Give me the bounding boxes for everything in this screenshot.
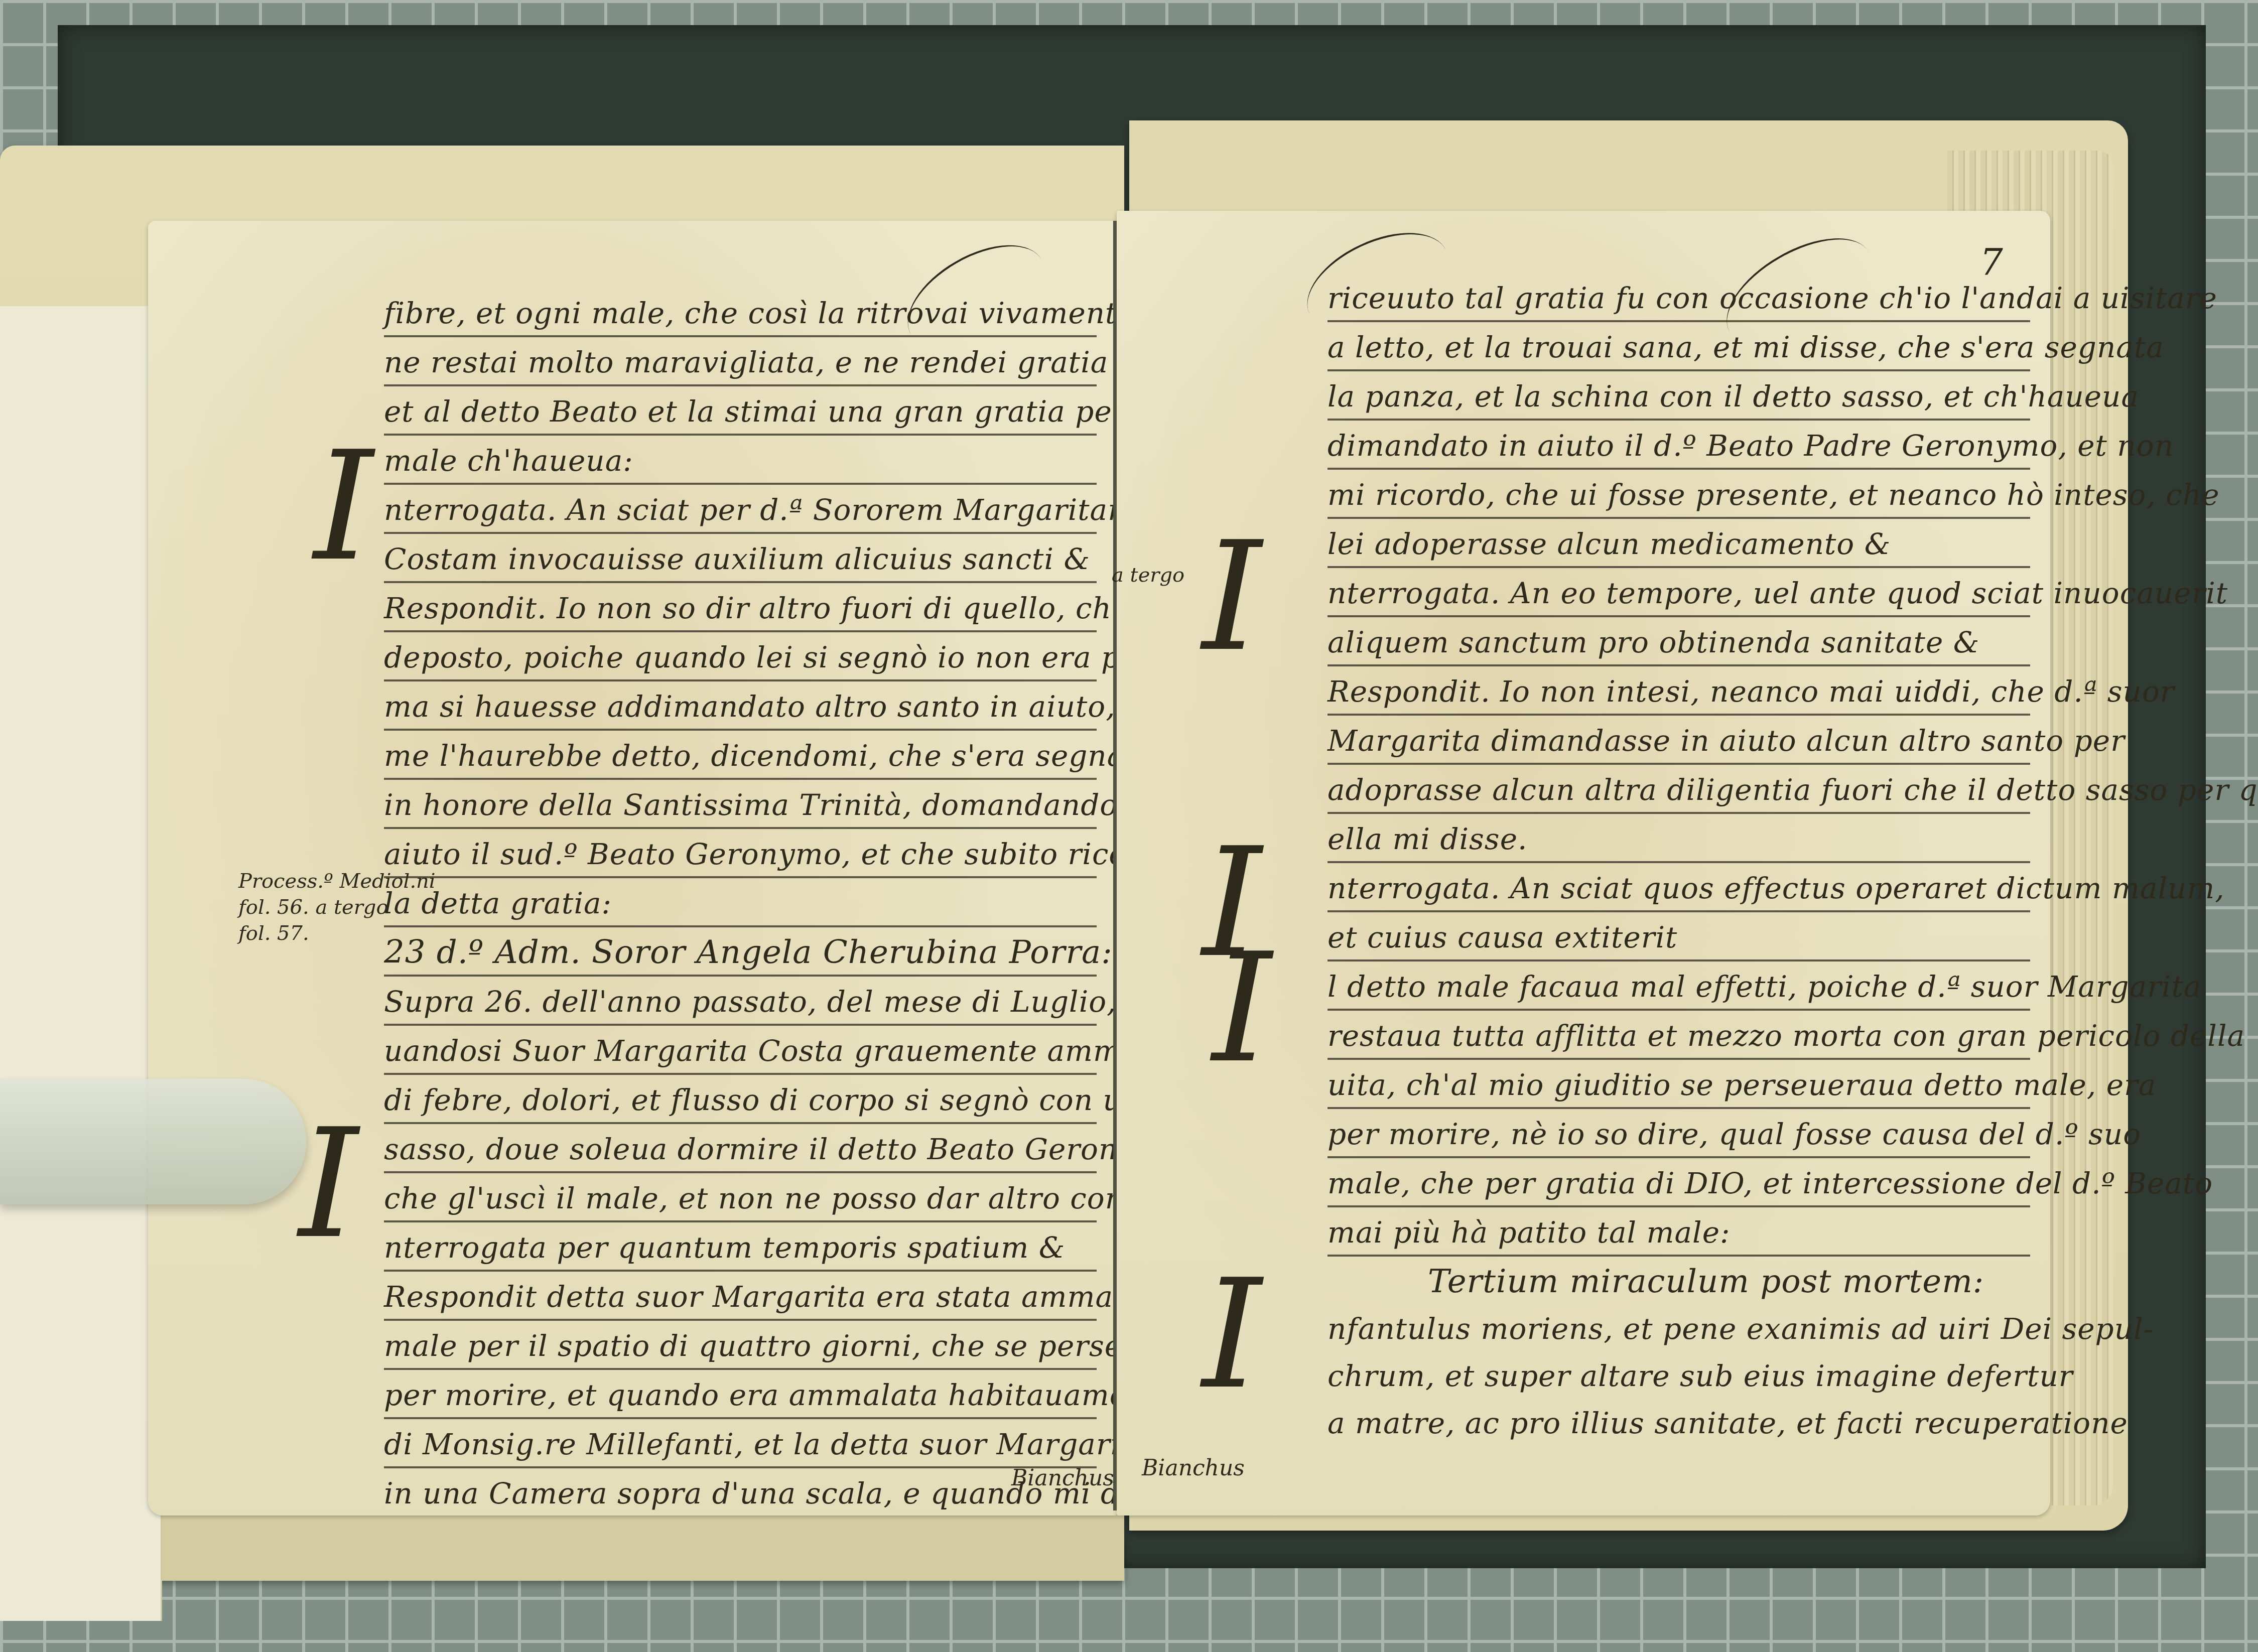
text-line: la panza, et la schina con il detto sass… bbox=[1327, 374, 2030, 421]
text-line: et al detto Beato et la stimai una gran … bbox=[384, 389, 1097, 436]
text-line: Respondit. Io non intesi, neanco mai uid… bbox=[1327, 669, 2030, 716]
text-line: et cuius causa extiterit bbox=[1327, 915, 2030, 961]
text-line: in honore della Santissima Trinità, doma… bbox=[384, 783, 1097, 829]
text-line: l detto male facaua mal effetti, poiche … bbox=[1327, 965, 2030, 1011]
text-line: fibre, et ogni male, che così la ritrova… bbox=[384, 291, 1097, 337]
text-line: male, che per gratia di DIO, et interces… bbox=[1327, 1161, 2030, 1207]
text-line: mi ricordo, che ui fosse presente, et ne… bbox=[1327, 473, 2030, 519]
text-line: male per il spatio di quattro giorni, ch… bbox=[384, 1324, 1097, 1370]
text-line: ma si hauesse addimandato altro santo in… bbox=[384, 684, 1097, 731]
text-line: ne restai molto maravigliata, e ne rende… bbox=[384, 340, 1097, 386]
margin-note-a-tergo: a tergo bbox=[1112, 562, 1184, 588]
text-line: ella mi disse. bbox=[1327, 817, 2030, 863]
glass-weight-rod bbox=[0, 1079, 306, 1204]
text-line: la detta gratia: bbox=[384, 881, 1097, 927]
text-line: sasso, doue soleua dormire il detto Beat… bbox=[384, 1127, 1097, 1173]
text-line: per morire, nè io so dire, qual fosse ca… bbox=[1327, 1112, 2030, 1158]
decorated-initial: I bbox=[1212, 933, 1272, 1084]
text-line: restaua tutta afflitta et mezzo morta co… bbox=[1327, 1014, 2030, 1060]
text-line: Margarita dimandasse in aiuto alcun altr… bbox=[1327, 719, 2030, 765]
text-line: a letto, et la trouai sana, et mi disse,… bbox=[1327, 325, 2030, 371]
right-page: 7 a tergo riceuuto tal gratia fu con occ… bbox=[1117, 211, 2050, 1516]
decorated-initial: I bbox=[1202, 522, 1262, 672]
decorated-initial: I bbox=[314, 432, 373, 582]
text-line: deposto, poiche quando lei si segnò io n… bbox=[384, 635, 1097, 681]
notary-signature: Bianchus bbox=[1142, 1455, 1245, 1481]
text-line: a matre, ac pro illius sanitate, et fact… bbox=[1327, 1401, 2030, 1445]
text-line: nterrogata per quantum temporis spatium … bbox=[384, 1225, 1097, 1272]
text-line: lei adoperasse alcun medicamento & bbox=[1327, 522, 2030, 568]
text-line: nterrogata. An sciat quos effectus opera… bbox=[1327, 866, 2030, 912]
text-line: di febre, dolori, et flusso di corpo si … bbox=[384, 1078, 1097, 1124]
text-line: riceuuto tal gratia fu con occasione ch'… bbox=[1327, 276, 2030, 322]
text-line: nfantulus moriens, et pene exanimis ad u… bbox=[1327, 1307, 2030, 1351]
section-heading: Tertium miraculum post mortem: bbox=[1327, 1260, 2030, 1304]
text-line: in una Camera sopra d'una scala, e quand… bbox=[384, 1471, 1097, 1516]
decorated-initial: I bbox=[1202, 1260, 1262, 1410]
text-line: per morire, et quando era ammalata habit… bbox=[384, 1373, 1097, 1419]
left-page-text: fibre, et ogni male, che così la ritrova… bbox=[384, 291, 1097, 1519]
text-line: che gl'uscì il male, et non ne posso dar… bbox=[384, 1176, 1097, 1222]
text-line: Costam invocauisse auxilium alicuius san… bbox=[384, 537, 1097, 583]
text-line: nterrogata. An eo tempore, uel ante quod… bbox=[1327, 571, 2030, 617]
text-line: uandosi Suor Margarita Costa grauemente … bbox=[384, 1029, 1097, 1075]
text-line: Respondit. Io non so dir altro fuori di … bbox=[384, 586, 1097, 632]
right-page-text: riceuuto tal gratia fu con occasione ch'… bbox=[1327, 276, 2030, 1448]
text-line: me l'haurebbe detto, dicendomi, che s'er… bbox=[384, 734, 1097, 780]
text-line: dimandato in aiuto il d.º Beato Padre Ge… bbox=[1327, 424, 2030, 470]
notary-signature: Bianchus bbox=[1011, 1465, 1114, 1491]
text-line: adoprasse alcun altra diligentia fuori c… bbox=[1327, 768, 2030, 814]
margin-reference-note: Process.º Mediol.ni fol. 56. a tergo fol… bbox=[238, 868, 436, 946]
text-line: uita, ch'al mio giuditio se perseueraua … bbox=[1327, 1063, 2030, 1109]
text-line: Respondit detta suor Margarita era stata… bbox=[384, 1275, 1097, 1321]
text-line: aliquem sanctum pro obtinenda sanitate & bbox=[1327, 620, 2030, 666]
folder-inner-leaf bbox=[0, 306, 162, 1621]
text-line: nterrogata. An sciat per d.ª Sororem Mar… bbox=[384, 488, 1097, 534]
left-page: fibre, et ogni male, che così la ritrova… bbox=[148, 221, 1117, 1516]
text-line: mai più hà patito tal male: bbox=[1327, 1210, 2030, 1257]
text-line: aiuto il sud.º Beato Geronymo, et che su… bbox=[384, 832, 1097, 878]
text-line: male ch'haueua: bbox=[384, 439, 1097, 485]
text-line: di Monsig.re Millefanti, et la detta suo… bbox=[384, 1422, 1097, 1468]
decorated-initial: I bbox=[299, 1109, 358, 1260]
text-line: Supra 26. dell'anno passato, del mese di… bbox=[384, 980, 1097, 1026]
text-line: chrum, et super altare sub eius imagine … bbox=[1327, 1354, 2030, 1398]
witness-heading: 23 d.º Adm. Soror Angela Cherubina Porra… bbox=[384, 930, 1097, 977]
